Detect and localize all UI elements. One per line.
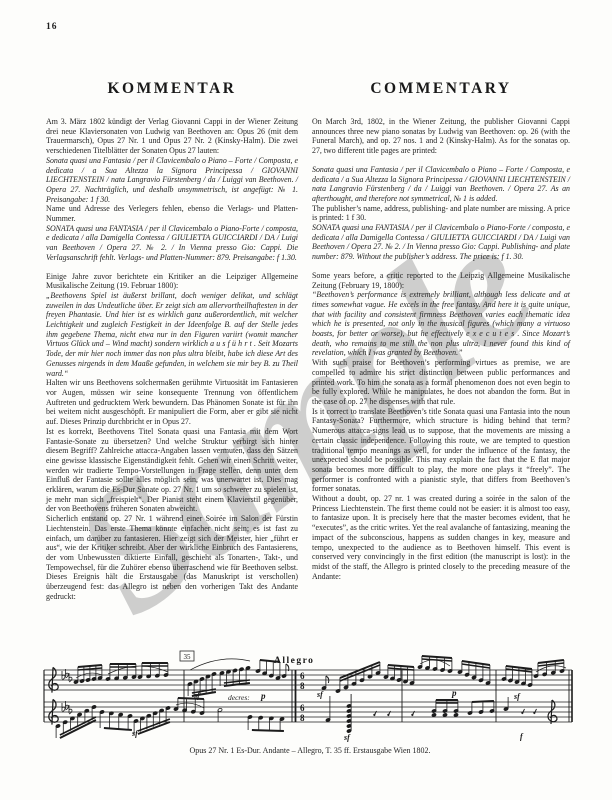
paragraph-de: Ist es korrekt, Beethovens Titel Sonata … [46, 427, 298, 514]
music-example: 35 Allegro 6 8 6 8 sf sf decres: p sf sf… [36, 650, 576, 751]
commentary-column: COMMENTARY On March 3rd, 1802, in the Wi… [312, 80, 570, 601]
measure-number: 35 [184, 653, 192, 661]
commentary-heading: COMMENTARY [312, 80, 570, 98]
paragraph-de: Halten wir uns Beethovens solchermaßen g… [46, 378, 298, 427]
quote-de: „Beethovens Spiel ist äußerst brillant, … [46, 291, 298, 378]
title-transcription-de: SONATA quasi una FANTASIA / per il Clavi… [46, 224, 298, 263]
score-caption: Opus 27 Nr. 1 Es-Dur. Andante – Allegro,… [36, 746, 584, 755]
title-transcription-de: Sonata quasi una Fantasia / per il Clavi… [46, 156, 298, 205]
dynamic-decrescendo: decres: [228, 693, 250, 702]
paragraph-en: Is it correct to translate Beethoven’s t… [312, 407, 570, 494]
paragraph-de: Name und Adresse des Verlegers fehlen, e… [46, 204, 298, 223]
paragraph-en: Some years before, a critic reported to … [312, 271, 570, 290]
paragraph-de: Sicherlich entstand op. 27 Nr. 1 während… [46, 514, 298, 601]
dynamic-p: p [260, 691, 266, 701]
page-number: 16 [46, 22, 58, 32]
paragraph-de: Am 3. März 1802 kündigt der Verlag Giova… [46, 117, 298, 156]
paragraph-de: Einige Jahre zuvor berichtete ein Kritik… [46, 272, 298, 291]
staff-notation [44, 656, 572, 738]
paragraph-en: On March 3rd, 1802, in the Wiener Zeitun… [312, 117, 570, 156]
paragraph-en: Without a doubt, op. 27 nr. 1 was create… [312, 494, 570, 581]
dynamic-f: f [520, 732, 524, 741]
time-signature-lower: 8 [300, 713, 305, 723]
dynamic-p: p [451, 688, 457, 698]
title-transcription-en: Sonata quasi una Fantasia / per il Clavi… [312, 165, 570, 204]
text-columns: KOMMENTAR Am 3. März 1802 kündigt der Ve… [46, 80, 570, 601]
paragraph-en: The publisher’s name, address, publishin… [312, 204, 570, 223]
dynamic-sf: sf [343, 733, 351, 742]
paragraph-en: With such praise for Beethoven’s perform… [312, 358, 570, 407]
kommentar-column: KOMMENTAR Am 3. März 1802 kündigt der Ve… [46, 80, 298, 601]
quote-en: “Beethoven’s performance is extremely br… [312, 290, 570, 358]
dynamic-sf: sf [316, 690, 324, 699]
book-page: Sample 16 KOMMENTAR Am 3. März 1802 künd… [0, 0, 612, 800]
dynamic-sf: sf [513, 692, 521, 701]
time-signature-lower: 8 [300, 681, 305, 691]
title-transcription-en: SONATA quasi una FANTASIA / per il Clavi… [312, 223, 570, 262]
kommentar-heading: KOMMENTAR [46, 80, 298, 98]
time-signature-upper: 6 [300, 671, 305, 681]
time-signature-upper: 6 [300, 703, 305, 713]
